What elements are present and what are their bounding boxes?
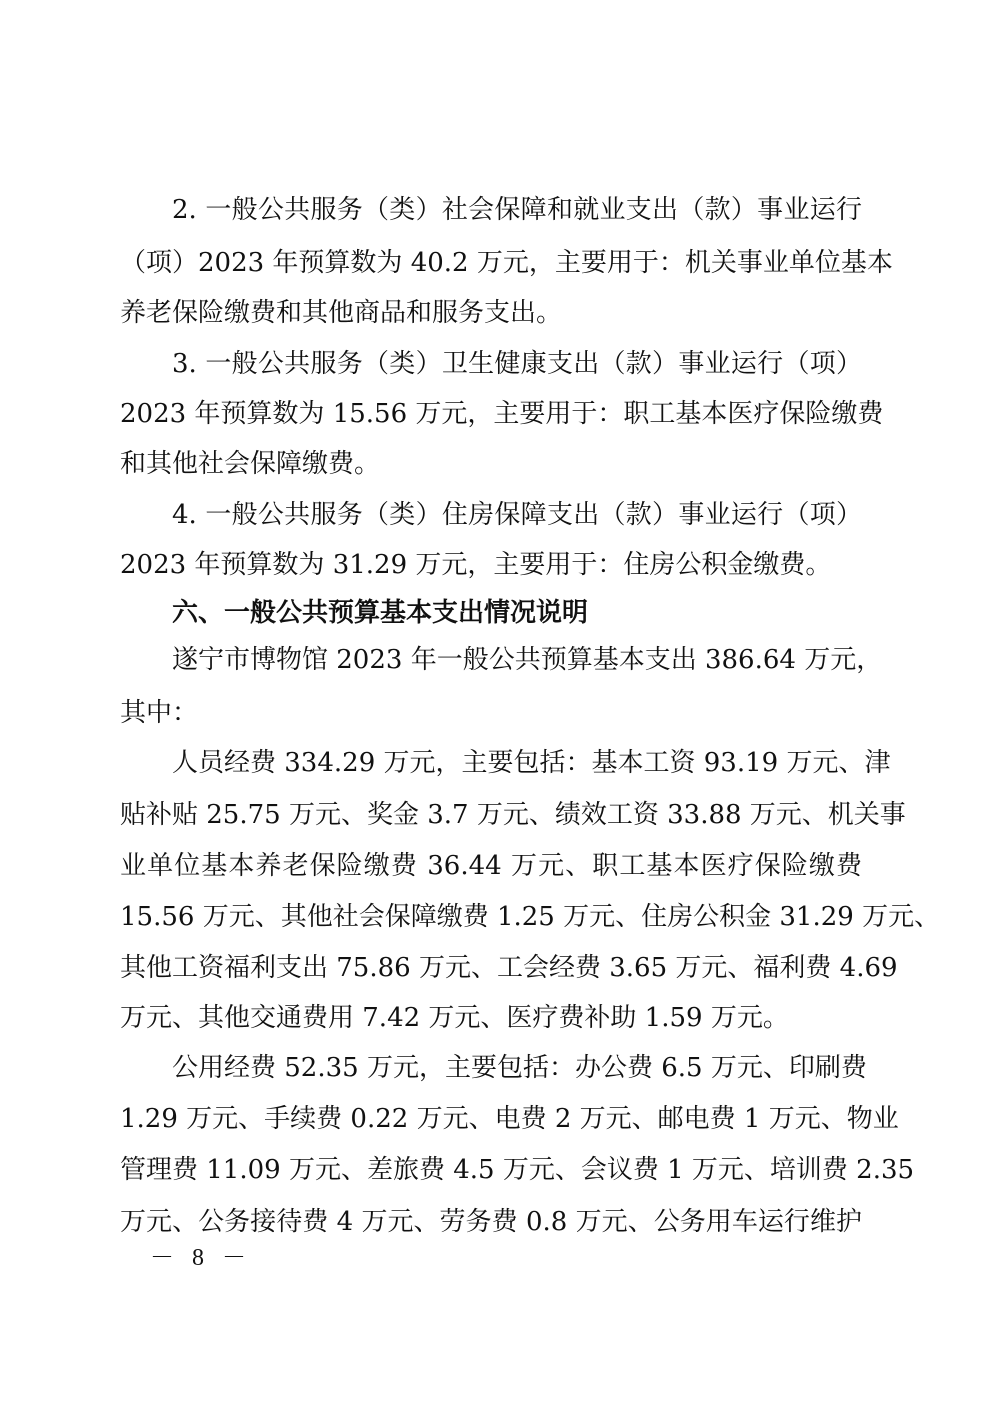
paragraph-3-line-2: 2023 年预算数为 15.56 万元，主要用于：职工基本医疗保险缴费 [120,394,862,434]
paragraph-3-line-3: 和其他社会保障缴费。 [120,444,862,484]
personnel-expense-line-1: 人员经费 334.29 万元，主要包括：基本工资 93.19 万元、津 [172,743,862,783]
personnel-expense-line-3: 业单位基本养老保险缴费 36.44 万元、职工基本医疗保险缴费 [120,846,862,886]
document-page: 2. 一般公共服务（类）社会保障和就业支出（款）事业运行 （项）2023 年预算… [0,0,992,1403]
paragraph-3-line-1: 3. 一般公共服务（类）卫生健康支出（款）事业运行（项） [172,344,862,384]
personnel-expense-line-2: 贴补贴 25.75 万元、奖金 3.7 万元、绩效工资 33.88 万元、机关事 [120,795,862,835]
personnel-expense-line-4: 15.56 万元、其他社会保障缴费 1.25 万元、住房公积金 31.29 万元… [120,897,862,937]
total-expenditure-line-1: 遂宁市博物馆 2023 年一般公共预算基本支出 386.64 万元， [172,640,862,680]
paragraph-4-line-2: 2023 年预算数为 31.29 万元，主要用于：住房公积金缴费。 [120,545,862,585]
paragraph-2-line-3: 养老保险缴费和其他商品和服务支出。 [120,293,862,333]
paragraph-2-line-2: （项）2023 年预算数为 40.2 万元，主要用于：机关事业单位基本 [120,243,862,283]
personnel-expense-line-5: 其他工资福利支出 75.86 万元、工会经费 3.65 万元、福利费 4.69 [120,948,862,988]
public-expense-line-3: 管理费 11.09 万元、差旅费 4.5 万元、会议费 1 万元、培训费 2.3… [120,1150,862,1190]
paragraph-4-line-1: 4. 一般公共服务（类）住房保障支出（款）事业运行（项） [172,495,862,535]
total-expenditure-line-2: 其中： [120,693,862,733]
public-expense-line-4: 万元、公务接待费 4 万元、劳务费 0.8 万元、公务用车运行维护 [120,1202,862,1242]
public-expense-line-1: 公用经费 52.35 万元，主要包括：办公费 6.5 万元、印刷费 [172,1048,862,1088]
section-heading: 六、一般公共预算基本支出情况说明 [172,593,862,633]
page-number: － 8 － [150,1238,252,1278]
public-expense-line-2: 1.29 万元、手续费 0.22 万元、电费 2 万元、邮电费 1 万元、物业 [120,1099,862,1139]
personnel-expense-line-6: 万元、其他交通费用 7.42 万元、医疗费补助 1.59 万元。 [120,998,862,1038]
paragraph-2-line-1: 2. 一般公共服务（类）社会保障和就业支出（款）事业运行 [172,190,862,230]
